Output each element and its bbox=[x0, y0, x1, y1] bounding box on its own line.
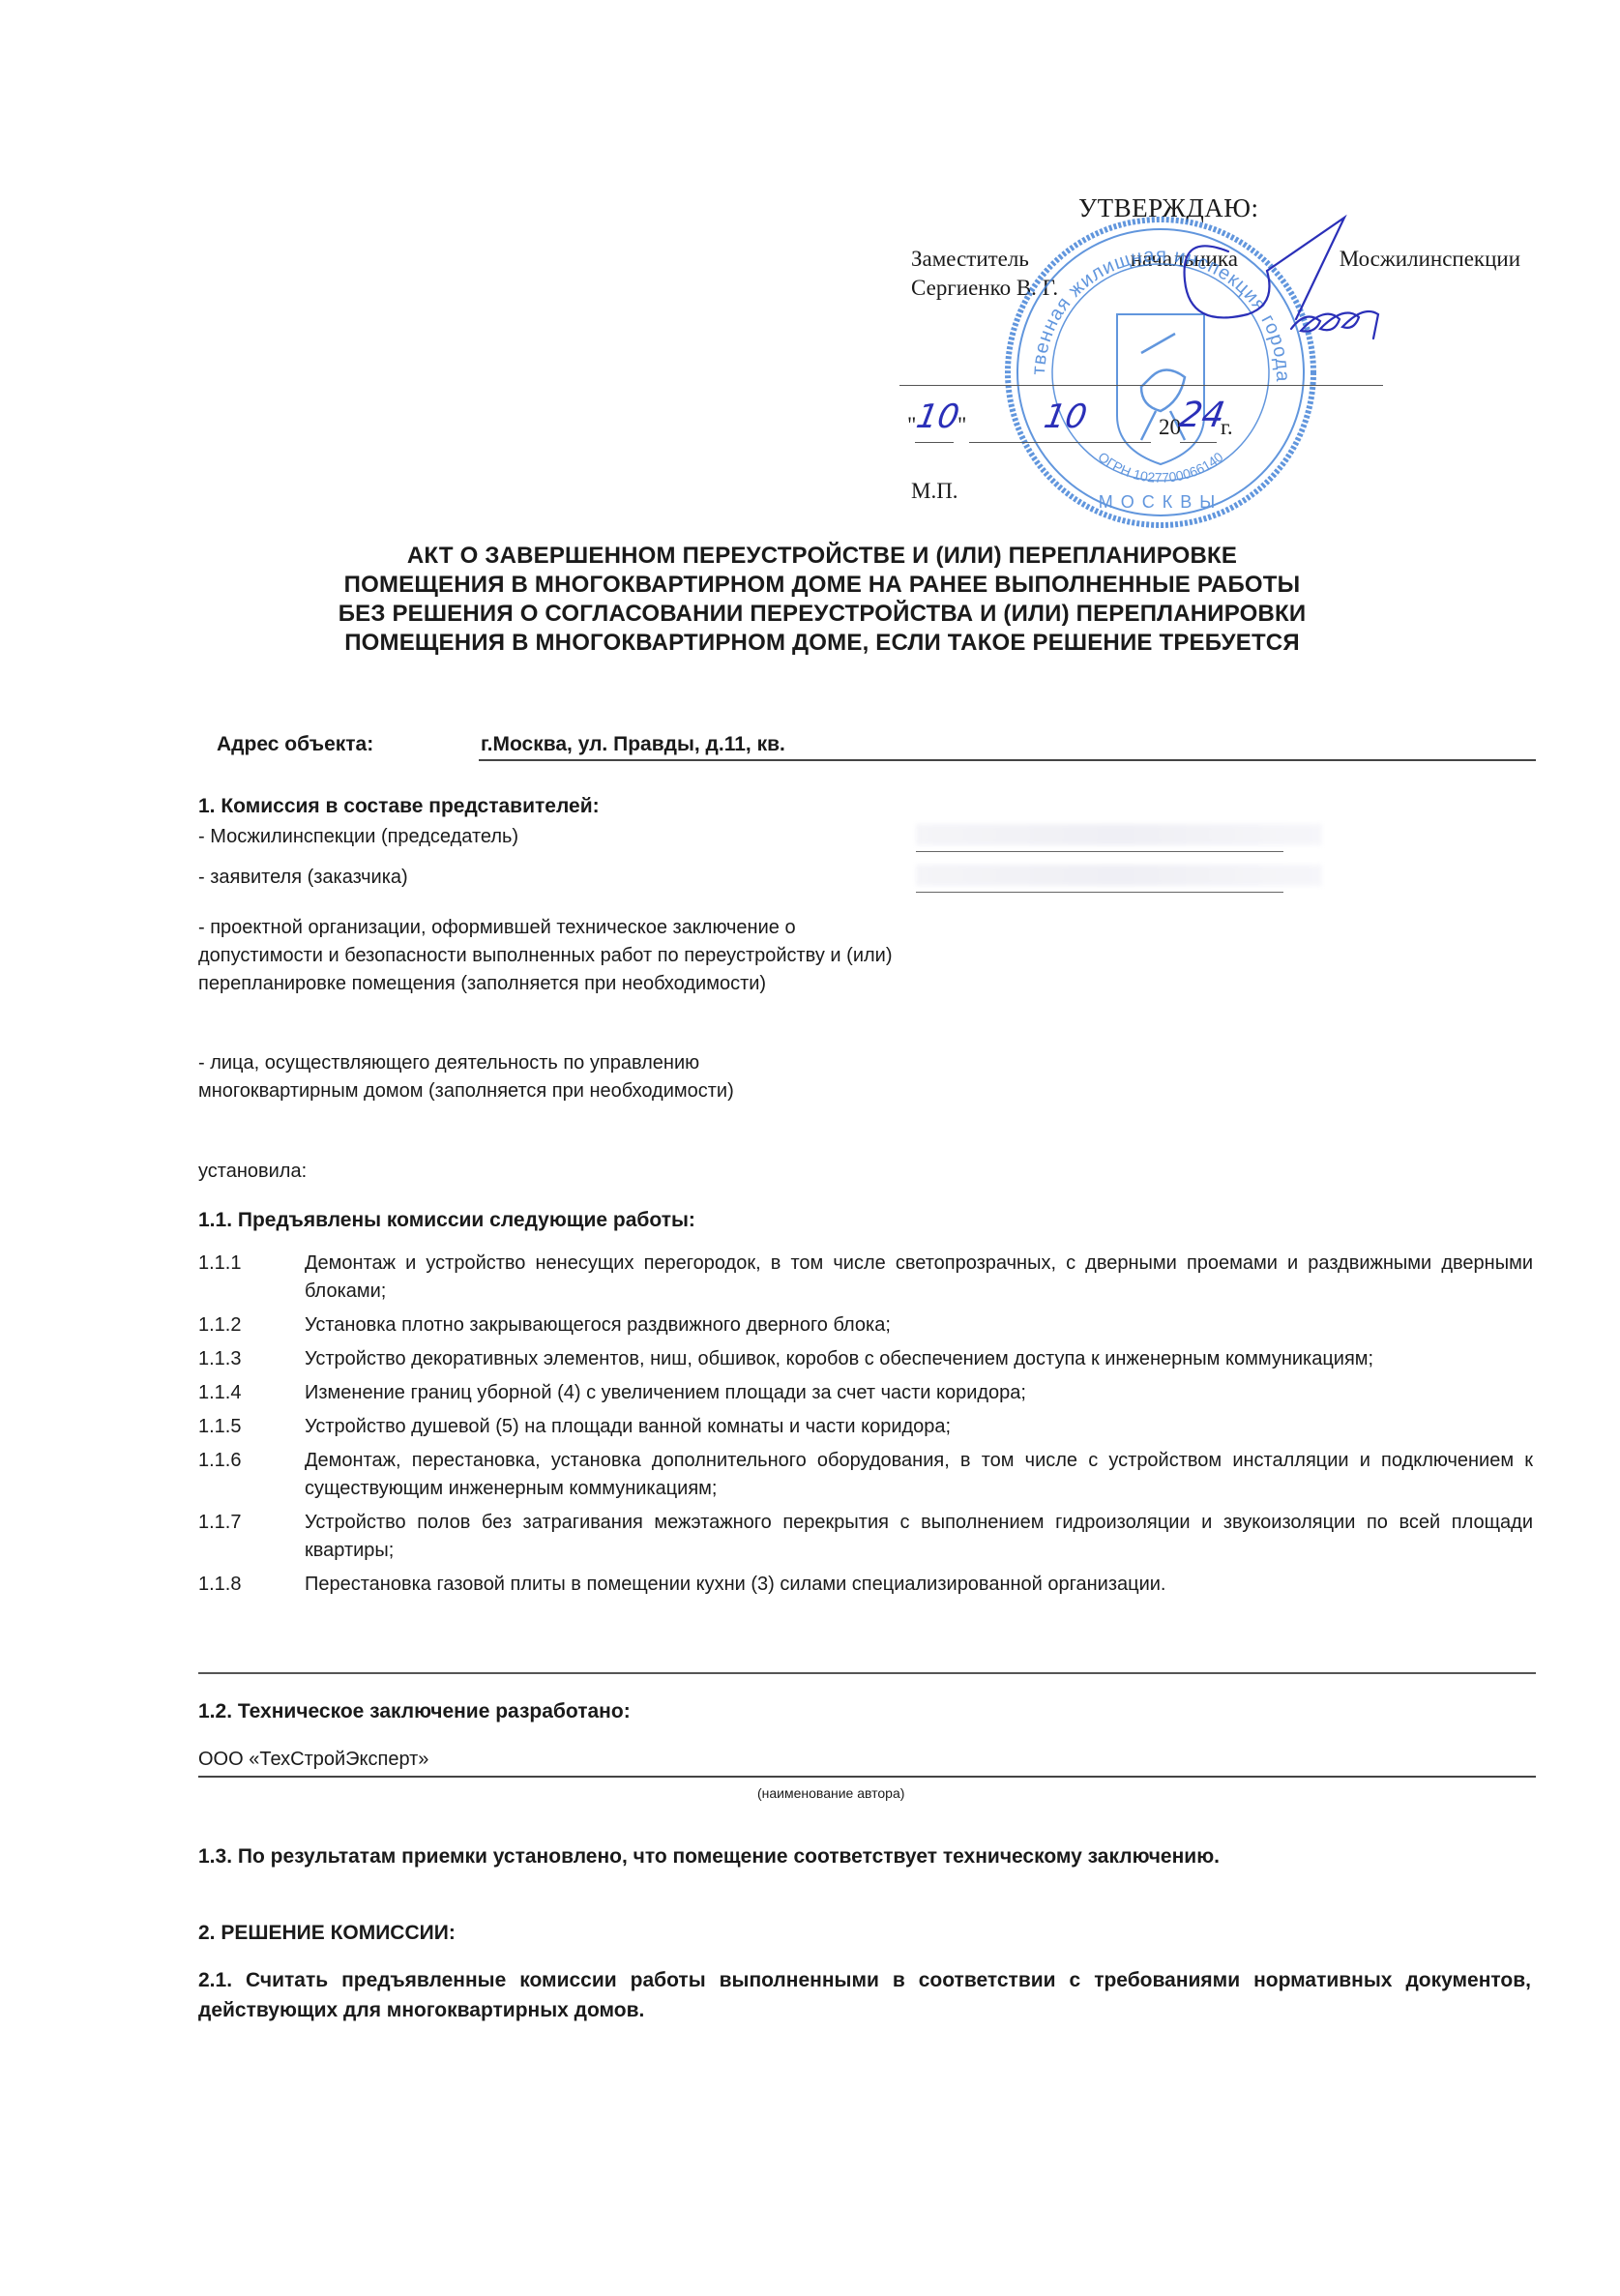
address-value: г.Москва, ул. Правды, д.11, кв. bbox=[481, 733, 785, 756]
member-signature-line bbox=[916, 851, 1283, 852]
work-number: 1.1.5 bbox=[198, 1413, 305, 1441]
work-text: Устройство полов без затрагивания межэта… bbox=[305, 1509, 1533, 1565]
decision-text: 2.1. Считать предъявленные комиссии рабо… bbox=[198, 1965, 1531, 2025]
list-item: 1.1.4 Изменение границ уборной (4) с уве… bbox=[198, 1379, 1533, 1407]
work-number: 1.1.8 bbox=[198, 1571, 305, 1599]
result-statement: 1.3. По результатам приемки установлено,… bbox=[198, 1845, 1220, 1869]
work-number: 1.1.4 bbox=[198, 1379, 305, 1407]
document-title: АКТ О ЗАВЕРШЕННОМ ПЕРЕУСТРОЙСТВЕ И (ИЛИ)… bbox=[193, 542, 1451, 658]
work-number: 1.1.3 bbox=[198, 1345, 305, 1373]
work-text: Изменение границ уборной (4) с увеличени… bbox=[305, 1379, 1533, 1407]
commission-heading: 1. Комиссия в составе представителей: bbox=[198, 795, 600, 818]
technical-author-caption: (наименование автора) bbox=[757, 1785, 904, 1801]
date-month: 10 bbox=[1041, 397, 1089, 436]
date-day-underline bbox=[915, 442, 954, 443]
commission-member: - Мосжилинспекции (председатель) bbox=[198, 823, 518, 851]
commission-member: - лица, осуществляющего деятельность по … bbox=[198, 1049, 856, 1105]
title-line: АКТ О ЗАВЕРШЕННОМ ПЕРЕУСТРОЙСТВЕ И (ИЛИ)… bbox=[193, 542, 1451, 571]
title-line: ПОМЕЩЕНИЯ В МНОГОКВАРТИРНОМ ДОМЕ НА РАНЕ… bbox=[193, 571, 1451, 600]
work-text: Устройство декоративных элементов, ниш, … bbox=[305, 1345, 1533, 1373]
address-underline bbox=[479, 759, 1536, 761]
list-item: 1.1.8 Перестановка газовой плиты в помещ… bbox=[198, 1571, 1533, 1599]
works-heading: 1.1. Предъявлены комиссии следующие рабо… bbox=[198, 1209, 695, 1232]
technical-author-underline bbox=[198, 1776, 1536, 1778]
title-line: ПОМЕЩЕНИЯ В МНОГОКВАРТИРНОМ ДОМЕ, ЕСЛИ Т… bbox=[193, 629, 1451, 658]
signature-icon bbox=[1083, 213, 1393, 368]
address-label: Адрес объекта: bbox=[217, 733, 373, 756]
redacted-name bbox=[916, 865, 1322, 886]
decision-heading: 2. РЕШЕНИЕ КОМИССИИ: bbox=[198, 1922, 456, 1945]
date-close-quote: " bbox=[957, 413, 966, 438]
list-item: 1.1.7 Устройство полов без затрагивания … bbox=[198, 1509, 1533, 1565]
works-underline bbox=[198, 1672, 1536, 1674]
work-text: Установка плотно закрывающегося раздвижн… bbox=[305, 1311, 1533, 1339]
date-year-unit: г. bbox=[1221, 415, 1233, 440]
work-text: Устройство душевой (5) на площади ванной… bbox=[305, 1413, 1533, 1441]
list-item: 1.1.6 Демонтаж, перестановка, установка … bbox=[198, 1447, 1533, 1503]
works-list: 1.1.1 Демонтаж и устройство ненесущих пе… bbox=[198, 1250, 1533, 1604]
work-number: 1.1.6 bbox=[198, 1447, 305, 1503]
commission-member: - заявителя (заказчика) bbox=[198, 864, 408, 892]
work-text: Демонтаж и устройство ненесущих перегоро… bbox=[305, 1250, 1533, 1306]
technical-author: ООО «ТехСтройЭксперт» bbox=[198, 1749, 428, 1771]
date-day: 10 bbox=[913, 397, 961, 436]
work-number: 1.1.1 bbox=[198, 1250, 305, 1306]
list-item: 1.1.1 Демонтаж и устройство ненесущих пе… bbox=[198, 1250, 1533, 1306]
title-line: БЕЗ РЕШЕНИЯ О СОГЛАСОВАНИИ ПЕРЕУСТРОЙСТВ… bbox=[193, 600, 1451, 629]
work-text: Демонтаж, перестановка, установка дополн… bbox=[305, 1447, 1533, 1503]
commission-member: - проектной организации, оформившей техн… bbox=[198, 914, 895, 998]
list-item: 1.1.3 Устройство декоративных элементов,… bbox=[198, 1345, 1533, 1373]
redacted-name bbox=[916, 824, 1322, 845]
date-month-underline bbox=[969, 442, 1151, 443]
member-signature-line bbox=[916, 892, 1283, 893]
svg-text:ОГРН 1027700066140: ОГРН 1027700066140 bbox=[1095, 449, 1225, 486]
approval-date: " 10 " 10 20 24 г. bbox=[907, 411, 1391, 444]
work-number: 1.1.7 bbox=[198, 1509, 305, 1565]
technical-heading: 1.2. Техническое заключение разработано: bbox=[198, 1700, 631, 1723]
seal-label: М.П. bbox=[911, 479, 958, 504]
list-item: 1.1.5 Устройство душевой (5) на площади … bbox=[198, 1413, 1533, 1441]
established-label: установила: bbox=[198, 1158, 307, 1186]
signature-line bbox=[899, 385, 1383, 386]
list-item: 1.1.2 Установка плотно закрывающегося ра… bbox=[198, 1311, 1533, 1339]
svg-text:МОСКВЫ: МОСКВЫ bbox=[1099, 492, 1222, 512]
date-year-underline bbox=[1180, 442, 1217, 443]
work-text: Перестановка газовой плиты в помещении к… bbox=[305, 1571, 1533, 1599]
work-number: 1.1.2 bbox=[198, 1311, 305, 1339]
